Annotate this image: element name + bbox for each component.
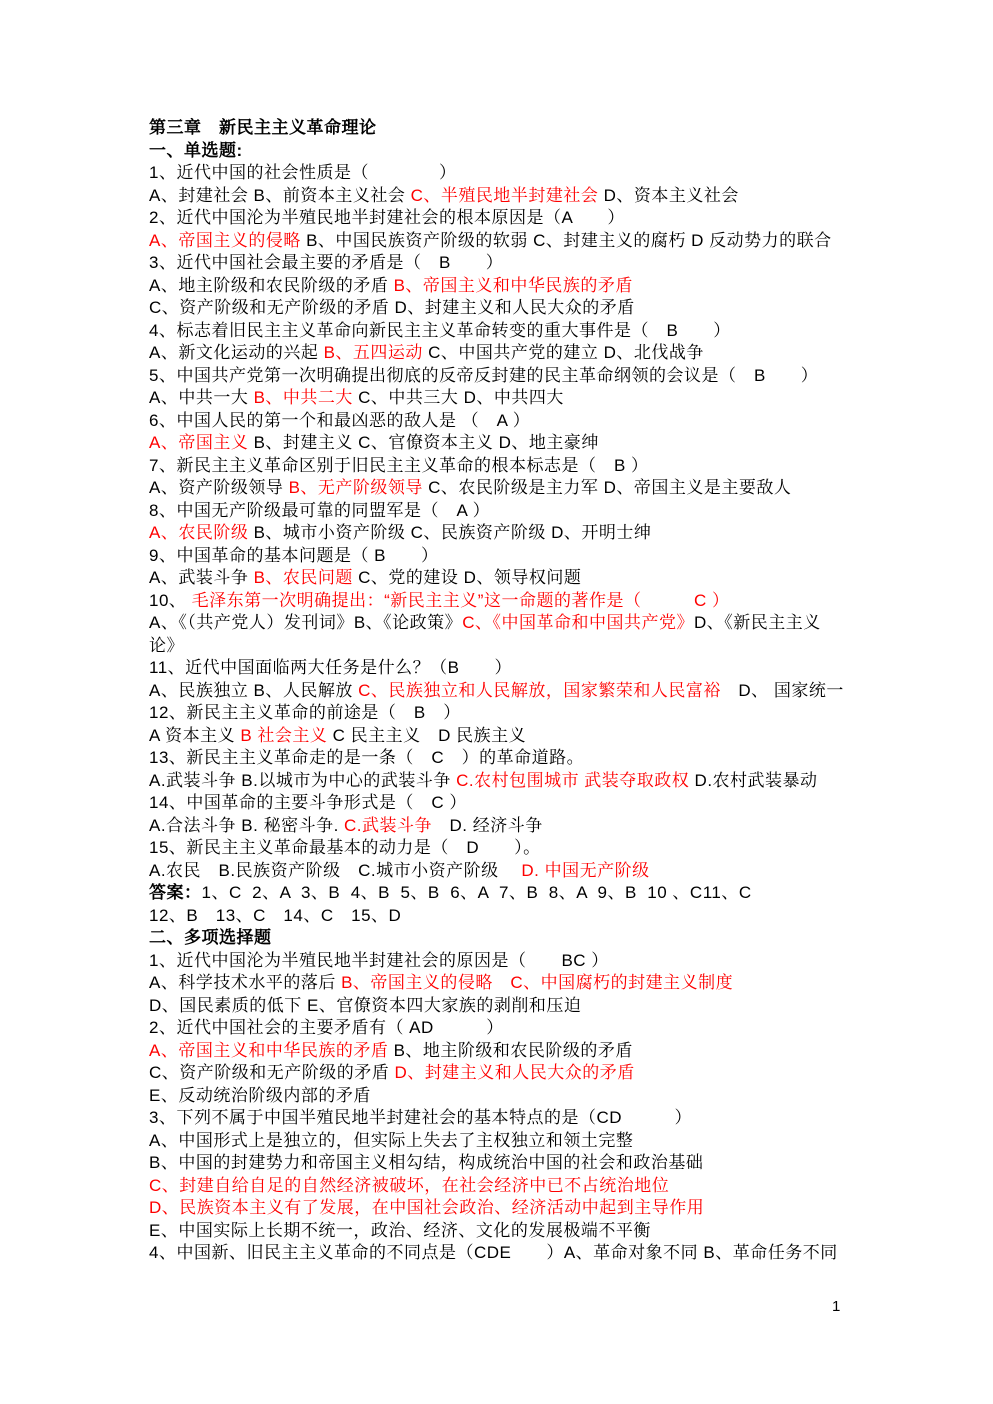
document-text: 12、新民主主义革命的前途是（ B ） [149, 703, 461, 722]
answer-highlight-text: C.农村包围城市 武装夺取政权 [456, 771, 689, 790]
document-text: 15、新民主主义革命最基本的动力是（ D ）。 [149, 838, 541, 857]
answer-highlight-text: B、五四运动 [324, 343, 423, 362]
document-text: C、资产阶级和无产阶级的矛盾 [149, 1063, 395, 1082]
document-text: A、科学技术水平的落后 [149, 973, 341, 992]
document-text: 4、标志着旧民主主义革命向新民主主义革命转变的重大事件是（ B ） [149, 321, 731, 340]
text-line: A、帝国主义和中华民族的矛盾 B、地主阶级和农民阶级的矛盾 [149, 1040, 861, 1063]
text-line: 一、单选题: [149, 140, 861, 163]
text-line: 11、近代中国面临两大任务是什么？（B ） [149, 657, 861, 680]
document-text: B、中国的封建势力和帝国主义相勾结，构成统治中国的社会和政治基础 [149, 1153, 703, 1172]
text-line: 2、近代中国沦为半殖民地半封建社会的根本原因是（A ） [149, 207, 861, 230]
document-text: B、地主阶级和农民阶级的矛盾 [388, 1041, 633, 1060]
text-line: A.合法斗争 B. 秘密斗争. C.武装斗争 D. 经济斗争 [149, 815, 861, 838]
text-line: 8、中国无产阶级最可靠的同盟军是（ A ） [149, 500, 861, 523]
document-text: 2、近代中国社会的主要矛盾有（ AD ） [149, 1018, 504, 1037]
document-text: A.农民 B.民族资产阶级 C.城市小资产阶级 [149, 861, 521, 880]
text-line: 15、新民主主义革命最基本的动力是（ D ）。 [149, 837, 861, 860]
text-line: E、反动统治阶级内部的矛盾 [149, 1085, 861, 1108]
document-text: A 资本主义 [149, 726, 240, 745]
answer-highlight-text: C、《中国革命和中国共产党》 [462, 613, 694, 632]
document-text: 6、中国人民的第一个和最凶恶的敌人是 （ A ） [149, 411, 530, 430]
answer-highlight-text: B、帝国主义和中华民族的矛盾 [394, 276, 633, 295]
answer-highlight-text: A、农民阶级 [149, 523, 248, 542]
document-text: 4、中国新、旧民主主义革命的不同点是（CDE ）A、革命对象不同 B、革命任务不… [149, 1243, 838, 1262]
text-line: B、中国的封建势力和帝国主义相勾结，构成统治中国的社会和政治基础 [149, 1152, 861, 1175]
answer-highlight-text: C、封建自给自足的自然经济被破坏，在社会经济中已不占统治地位 [149, 1176, 669, 1195]
text-line: A.武装斗争 B.以城市为中心的武装斗争 C.农村包围城市 武装夺取政权 D.农… [149, 770, 861, 793]
document-text: 5、中国共产党第一次明确提出彻底的反帝反封建的民主革命纲领的会议是（ B ） [149, 366, 818, 385]
document-text: A.武装斗争 B.以城市为中心的武装斗争 [149, 771, 456, 790]
text-line: A、中共一大 B、中共二大 C、中共三大 D、中共四大 [149, 387, 861, 410]
document-text: 第三章 新民主主义革命理论 [149, 118, 377, 137]
text-line: A、帝国主义的侵略 B、中国民族资产阶级的软弱 C、封建主义的腐朽 D 反动势力… [149, 230, 861, 253]
document-text: B、城市小资产阶级 C、民族资产阶级 D、开明士绅 [248, 523, 651, 542]
text-line: 第三章 新民主主义革命理论 [149, 117, 861, 140]
answer-highlight-text: B、无产阶级领导 [289, 478, 423, 497]
document-text: 3、下列不属于中国半殖民地半封建社会的基本特点的是（CD ） [149, 1108, 692, 1127]
text-line: 9、中国革命的基本问题是（ B ） [149, 545, 861, 568]
text-line: 3、近代中国社会最主要的矛盾是（ B ） [149, 252, 861, 275]
text-line: C、资产阶级和无产阶级的矛盾 D、封建主义和人民大众的矛盾 [149, 297, 861, 320]
page-number: 1 [832, 1298, 840, 1315]
document-text: A、武装斗争 [149, 568, 254, 587]
document-text: D.农村武装暴动 [689, 771, 817, 790]
text-line: 7、新民主主义革命区别于旧民主主义革命的根本标志是（ B ） [149, 455, 861, 478]
document-text: D. 经济斗争 [432, 816, 543, 835]
text-line: A、帝国主义 B、封建主义 C、官僚资本主义 D、地主豪绅 [149, 432, 861, 455]
document-text: A、封建社会 B、前资本主义社会 [149, 186, 411, 205]
document-text: A.合法斗争 B. 秘密斗争. [149, 816, 344, 835]
text-line: C、封建自给自足的自然经济被破坏，在社会经济中已不占统治地位 [149, 1175, 861, 1198]
document-text: 二、多项选择题 [149, 928, 272, 947]
document-text: C、中国共产党的建立 D、北伐战争 [423, 343, 704, 362]
document-text: 一、单选题: [149, 141, 243, 160]
text-line: 10、 毛泽东第一次明确提出：“新民主主义”这一命题的著作是（ C ） [149, 590, 861, 613]
document-text: D、 国家统一 [721, 681, 844, 700]
document-text: A、中共一大 [149, 388, 254, 407]
document-text: B、封建主义 C、官僚资本主义 D、地主豪绅 [248, 433, 599, 452]
text-line: 12、新民主主义革命的前途是（ B ） [149, 702, 861, 725]
document-text: E、反动统治阶级内部的矛盾 [149, 1086, 371, 1105]
answer-highlight-text: B、农民问题 [254, 568, 353, 587]
document-text: D、国民素质的低下 E、官僚资本四大家族的剥削和压迫 [149, 996, 581, 1015]
answer-highlight-text: B、中共二大 [254, 388, 353, 407]
text-line: 论》 [149, 635, 861, 658]
text-line: 6、中国人民的第一个和最凶恶的敌人是 （ A ） [149, 410, 861, 433]
text-line: A、农民阶级 B、城市小资产阶级 C、民族资产阶级 D、开明士绅 [149, 522, 861, 545]
text-line: 3、下列不属于中国半殖民地半封建社会的基本特点的是（CD ） [149, 1107, 861, 1130]
answer-highlight-text: B、帝国主义的侵略 C、中国腐朽的封建主义制度 [341, 973, 733, 992]
document-text: C、农民阶级是主力军 D、帝国主义是主要敌人 [423, 478, 792, 497]
document-text: 11、近代中国面临两大任务是什么？（B ） [149, 658, 512, 677]
text-line: A、封建社会 B、前资本主义社会 C、半殖民地半封建社会 D、资本主义社会 [149, 185, 861, 208]
text-line: 二、多项选择题 [149, 927, 861, 950]
text-line: A、中国形式上是独立的，但实际上失去了主权独立和领土完整 [149, 1130, 861, 1153]
text-line: A、科学技术水平的落后 B、帝国主义的侵略 C、中国腐朽的封建主义制度 [149, 972, 861, 995]
answer-highlight-text: C、半殖民地半封建社会 [411, 186, 599, 205]
document-text: 9、中国革命的基本问题是（ B ） [149, 546, 439, 565]
document-text: A、资产阶级领导 [149, 478, 289, 497]
text-line: 答案：1、C 2、A 3、B 4、B 5、B 6、A 7、B 8、A 9、B 1… [149, 882, 861, 905]
document-text: 1、C 2、A 3、B 4、B 5、B 6、A 7、B 8、A 9、B 10 、… [202, 883, 752, 902]
answer-highlight-text: A、帝国主义和中华民族的矛盾 [149, 1041, 388, 1060]
text-line: A、地主阶级和农民阶级的矛盾 B、帝国主义和中华民族的矛盾 [149, 275, 861, 298]
text-line: D、民族资本主义有了发展，在中国社会政治、经济活动中起到主导作用 [149, 1197, 861, 1220]
text-line: 1、近代中国的社会性质是（ ） [149, 162, 861, 185]
text-line: 12、B 13、C 14、C 15、D [149, 905, 861, 928]
text-line: E、中国实际上长期不统一，政治、经济、文化的发展极端不平衡 [149, 1220, 861, 1243]
document-text: A、地主阶级和农民阶级的矛盾 [149, 276, 394, 295]
document-text: C、资产阶级和无产阶级的矛盾 D、封建主义和人民大众的矛盾 [149, 298, 635, 317]
answer-highlight-text: A、帝国主义 [149, 433, 248, 452]
document-text: C、中共三大 D、中共四大 [353, 388, 564, 407]
document-text: 3、近代中国社会最主要的矛盾是（ B ） [149, 253, 503, 272]
document-text: 1、近代中国的社会性质是（ ） [149, 163, 456, 182]
document-text: 论》 [149, 636, 184, 655]
document-page: 第三章 新民主主义革命理论一、单选题:1、近代中国的社会性质是（ ）A、封建社会… [0, 0, 993, 1404]
text-line: C、资产阶级和无产阶级的矛盾 D、封建主义和人民大众的矛盾 [149, 1062, 861, 1085]
answer-highlight-text: D、民族资本主义有了发展，在中国社会政治、经济活动中起到主导作用 [149, 1198, 704, 1217]
document-text: C 民主主义 D 民族主义 [327, 726, 526, 745]
document-text: D、《新民主主义 [694, 613, 821, 632]
answer-highlight-text: 毛泽东第一次明确提出：“新民主主义”这一命题的著作是（ C ） [186, 591, 729, 610]
document-text: A、中国形式上是独立的，但实际上失去了主权独立和领土完整 [149, 1131, 633, 1150]
answer-highlight-text: C、民族独立和人民解放，国家繁荣和人民富裕 [358, 681, 721, 700]
text-line: 13、新民主主义革命走的是一条（ C ）的革命道路。 [149, 747, 861, 770]
text-line: A、资产阶级领导 B、无产阶级领导 C、农民阶级是主力军 D、帝国主义是主要敌人 [149, 477, 861, 500]
text-line: 2、近代中国社会的主要矛盾有（ AD ） [149, 1017, 861, 1040]
document-text: 10、 [149, 591, 186, 610]
document-text: 12、B 13、C 14、C 15、D [149, 906, 401, 925]
text-line: A、《（共产党人）发刊词》B、《论政策》C、《中国革命和中国共产党》D、《新民主… [149, 612, 861, 635]
text-line: 4、标志着旧民主主义革命向新民主主义革命转变的重大事件是（ B ） [149, 320, 861, 343]
document-text: E、中国实际上长期不统一，政治、经济、文化的发展极端不平衡 [149, 1221, 651, 1240]
document-text: D、资本主义社会 [598, 186, 739, 205]
text-line: A.农民 B.民族资产阶级 C.城市小资产阶级 D. 中国无产阶级 [149, 860, 861, 883]
document-text: 7、新民主主义革命区别于旧民主主义革命的根本标志是（ B ） [149, 456, 649, 475]
document-content: 第三章 新民主主义革命理论一、单选题:1、近代中国的社会性质是（ ）A、封建社会… [149, 117, 861, 1265]
text-line: 1、近代中国沦为半殖民地半封建社会的原因是（ BC ） [149, 950, 861, 973]
document-text: 答案： [149, 883, 202, 902]
text-line: A 资本主义 B 社会主义 C 民主主义 D 民族主义 [149, 725, 861, 748]
text-line: A、民族独立 B、人民解放 C、民族独立和人民解放，国家繁荣和人民富裕 D、 国… [149, 680, 861, 703]
document-text: C、党的建设 D、领导权问题 [353, 568, 582, 587]
document-text: 1、近代中国沦为半殖民地半封建社会的原因是（ BC ） [149, 951, 609, 970]
text-line: 14、中国革命的主要斗争形式是（ C ） [149, 792, 861, 815]
text-line: D、国民素质的低下 E、官僚资本四大家族的剥削和压迫 [149, 995, 861, 1018]
answer-highlight-text: D、封建主义和人民大众的矛盾 [395, 1063, 635, 1082]
document-text: B、中国民族资产阶级的软弱 C、封建主义的腐朽 D 反动势力的联合 [301, 231, 832, 250]
document-text: A、《（共产党人）发刊词》B、《论政策》 [149, 613, 462, 632]
document-text: 14、中国革命的主要斗争形式是（ C ） [149, 793, 467, 812]
text-line: A、新文化运动的兴起 B、五四运动 C、中国共产党的建立 D、北伐战争 [149, 342, 861, 365]
document-text: 13、新民主主义革命走的是一条（ C ）的革命道路。 [149, 748, 584, 767]
text-line: A、武装斗争 B、农民问题 C、党的建设 D、领导权问题 [149, 567, 861, 590]
answer-highlight-text: B 社会主义 [240, 726, 327, 745]
answer-highlight-text: D. 中国无产阶级 [521, 861, 649, 880]
document-text: 8、中国无产阶级最可靠的同盟军是（ A ） [149, 501, 490, 520]
answer-highlight-text: C.武装斗争 [344, 816, 432, 835]
document-text: 2、近代中国沦为半殖民地半封建社会的根本原因是（A ） [149, 208, 625, 227]
text-line: 4、中国新、旧民主主义革命的不同点是（CDE ）A、革命对象不同 B、革命任务不… [149, 1242, 861, 1265]
document-text: A、新文化运动的兴起 [149, 343, 324, 362]
document-text: A、民族独立 B、人民解放 [149, 681, 358, 700]
answer-highlight-text: A、帝国主义的侵略 [149, 231, 301, 250]
text-line: 5、中国共产党第一次明确提出彻底的反帝反封建的民主革命纲领的会议是（ B ） [149, 365, 861, 388]
